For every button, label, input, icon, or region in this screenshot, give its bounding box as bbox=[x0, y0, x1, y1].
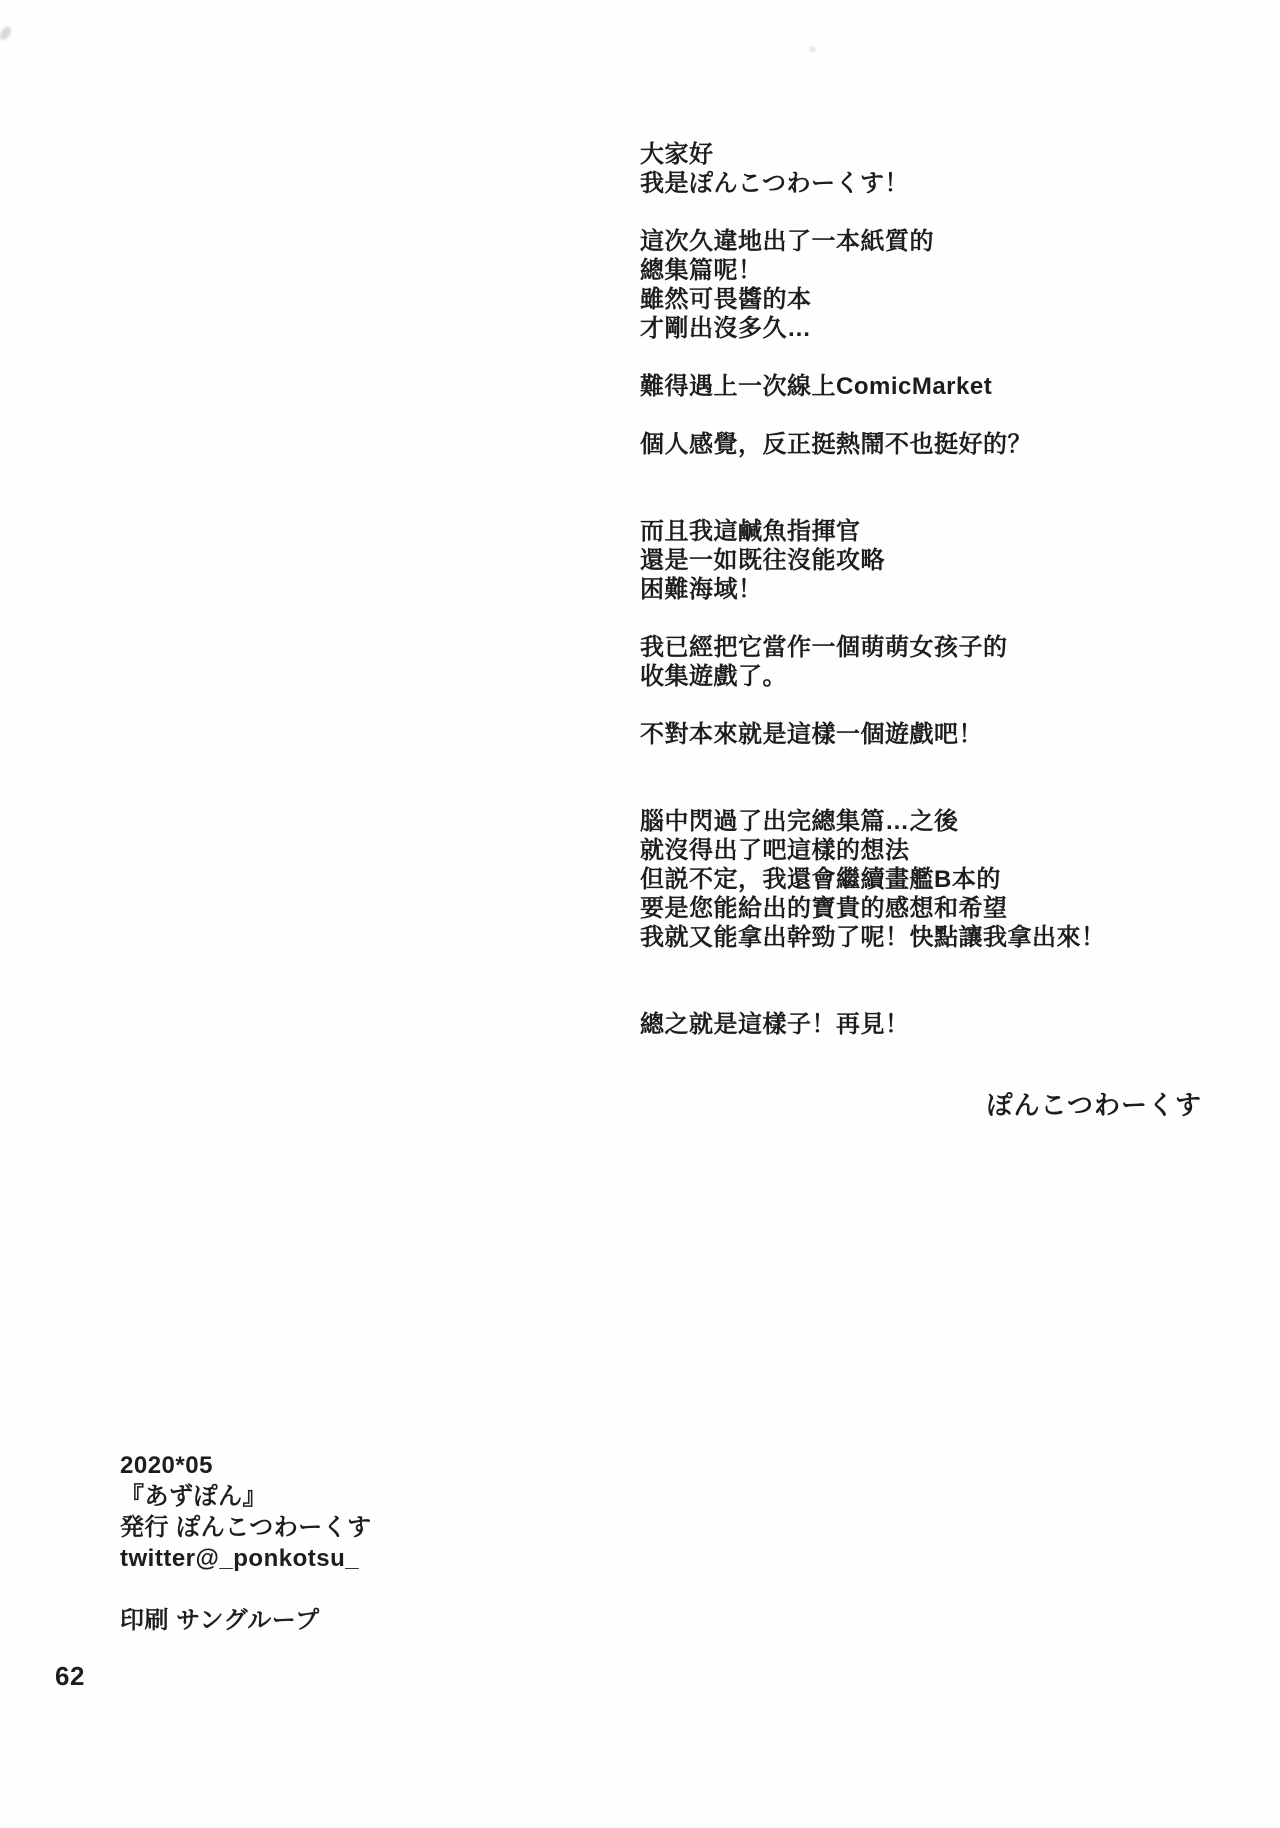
afterword-line: 我是ぽんこつわーくす！ bbox=[640, 169, 1106, 198]
colophon-line: twitter@_ponkotsu_ bbox=[120, 1543, 372, 1574]
afterword-line: 大家好 bbox=[640, 140, 1106, 169]
afterword-line bbox=[640, 198, 1106, 227]
afterword-line bbox=[640, 401, 1106, 430]
page-number: 62 bbox=[55, 1661, 85, 1692]
afterword-line bbox=[640, 778, 1106, 807]
afterword-line bbox=[640, 981, 1106, 1010]
afterword-text: 大家好我是ぽんこつわーくす！ 這次久違地出了一本紙質的總集篇呢！雖然可畏醬的本才… bbox=[640, 140, 1106, 1039]
afterword-line: 但説不定，我還會繼續畫艦B本的 bbox=[640, 865, 1106, 894]
afterword-line: 總集篇呢！ bbox=[640, 256, 1106, 285]
colophon-line: 発行 ぽんこつわーくす bbox=[120, 1512, 372, 1543]
colophon-block: 2020*05『あずぽん』発行 ぽんこつわーくすtwitter@_ponkots… bbox=[120, 1450, 372, 1636]
afterword-line: 我已經把它當作一個萌萌女孩子的 bbox=[640, 633, 1106, 662]
afterword-line: 要是您能給出的寶貴的感想和希望 bbox=[640, 894, 1106, 923]
afterword-line bbox=[640, 488, 1106, 517]
afterword-line: 我就又能拿出幹勁了呢！快點讓我拿出來！ bbox=[640, 923, 1106, 952]
afterword-line: 這次久違地出了一本紙質的 bbox=[640, 227, 1106, 256]
afterword-line: 難得遇上一次線上ComicMarket bbox=[640, 372, 1106, 401]
afterword-line: 才剛出沒多久… bbox=[640, 314, 1106, 343]
author-signature: ぽんこつわーくす bbox=[987, 1090, 1202, 1120]
afterword-line: 個人感覺，反正挺熱鬧不也挺好的？ bbox=[640, 430, 1106, 459]
afterword-line bbox=[640, 459, 1106, 488]
colophon-line bbox=[120, 1574, 372, 1605]
afterword-line bbox=[640, 749, 1106, 778]
scan-artifact bbox=[809, 47, 816, 52]
afterword-line: 就沒得出了吧這樣的想法 bbox=[640, 836, 1106, 865]
afterword-line: 還是一如既往沒能攻略 bbox=[640, 546, 1106, 575]
afterword-line: 雖然可畏醬的本 bbox=[640, 285, 1106, 314]
afterword-line: 總之就是這樣子！再見！ bbox=[640, 1010, 1106, 1039]
afterword-line: 而且我這鹹魚指揮官 bbox=[640, 517, 1106, 546]
afterword-line bbox=[640, 604, 1106, 633]
afterword-line: 腦中閃過了出完總集篇…之後 bbox=[640, 807, 1106, 836]
colophon-line: 印刷 サングループ bbox=[120, 1605, 372, 1636]
colophon-line: 『あずぽん』 bbox=[120, 1481, 372, 1512]
scan-artifact bbox=[0, 25, 13, 42]
afterword-line: 困難海域！ bbox=[640, 575, 1106, 604]
afterword-line bbox=[640, 343, 1106, 372]
afterword-line bbox=[640, 691, 1106, 720]
colophon-line: 2020*05 bbox=[120, 1450, 372, 1481]
afterword-line: 不對本來就是這樣一個遊戲吧！ bbox=[640, 720, 1106, 749]
afterword-line: 收集遊戲了。 bbox=[640, 662, 1106, 691]
afterword-line bbox=[640, 952, 1106, 981]
scanned-page: 大家好我是ぽんこつわーくす！ 這次久違地出了一本紙質的總集篇呢！雖然可畏醬的本才… bbox=[0, 0, 1280, 1828]
